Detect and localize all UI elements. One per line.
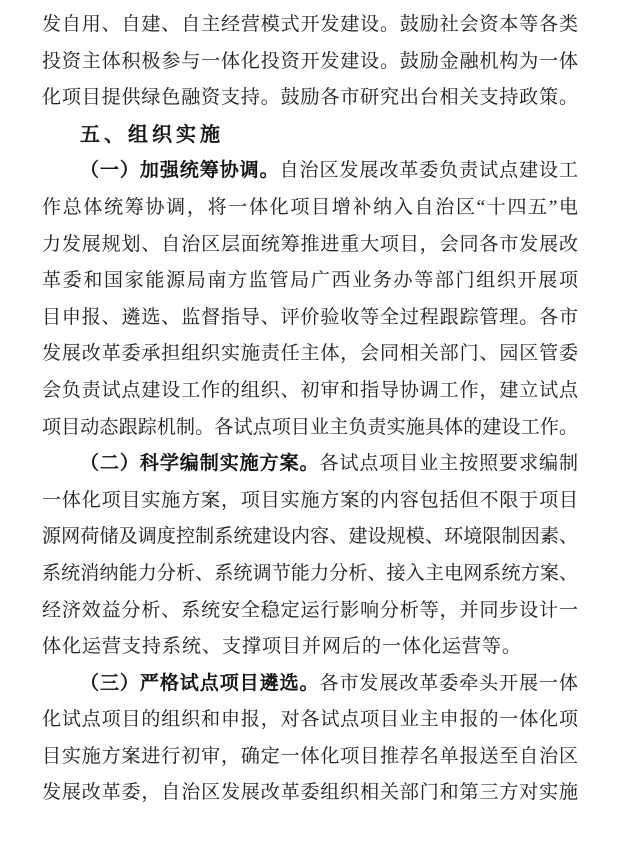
section-heading-text: 五、组织实施: [80, 124, 224, 146]
text-line: （二）科学编制实施方案。各试点项目业主按照要求编制: [42, 446, 578, 483]
paragraph-lead: （三）严格试点项目遴选。: [80, 673, 320, 694]
text-line: 力发展规划、自治区层面统筹推进重大项目，会同各市发展改: [42, 227, 578, 264]
text-line: 投资主体积极参与一体化投资开发建设。鼓励金融机构为一体: [42, 44, 578, 81]
text-line: 会负责试点建设工作的组织、初审和指导协调工作，建立试点: [42, 373, 578, 410]
text-line: 一体化项目实施方案，项目实施方案的内容包括但不限于项目: [42, 483, 578, 520]
text-line: 化项目提供绿色融资支持。鼓励各市研究出台相关支持政策。: [42, 80, 578, 117]
line-text: 化试点项目的组织和申报，对各试点项目业主申报的一体化项: [42, 709, 578, 730]
line-text: 力发展规划、自治区层面统筹推进重大项目，会同各市发展改: [42, 234, 578, 255]
line-text: 系统消纳能力分析、系统调节能力分析、接入主电网系统方案、: [42, 563, 578, 584]
paragraph-lead: （一）加强统筹协调。: [80, 160, 280, 181]
text-line: 目申报、遴选、监督指导、评价验收等全过程跟踪管理。各市: [42, 300, 578, 337]
line-text: 一体化项目实施方案，项目实施方案的内容包括但不限于项目: [42, 490, 578, 511]
text-line: 体化运营支持系统、支撑项目并网后的一体化运营等。: [42, 629, 578, 666]
line-text: 各试点项目业主按照要求编制: [320, 453, 579, 474]
line-text: 投资主体积极参与一体化投资开发建设。鼓励金融机构为一体: [42, 51, 578, 72]
line-text: 经济效益分析、系统安全稳定运行影响分析等，并同步设计一: [42, 600, 578, 621]
line-text: 作总体统筹协调，将一体化项目增补纳入自治区“十四五”电: [42, 197, 578, 218]
text-line: 发展改革委承担组织实施责任主体，会同相关部门、园区管委: [42, 336, 578, 373]
section-heading: 五、组织实施: [42, 117, 578, 154]
line-text: 源网荷储及调度控制系统建设内容、建设规模、环境限制因素、: [42, 526, 578, 547]
text-line: （一）加强统筹协调。自治区发展改革委负责试点建设工: [42, 153, 578, 190]
line-text: 会负责试点建设工作的组织、初审和指导协调工作，建立试点: [42, 380, 578, 401]
line-text: 发自用、自建、自主经营模式开发建设。鼓励社会资本等各类: [42, 14, 578, 35]
line-text: 目实施方案进行初审，确定一体化项目推荐名单报送至自治区: [42, 746, 578, 767]
line-text: 自治区发展改革委负责试点建设工: [280, 160, 578, 181]
line-text: 项目动态跟踪机制。各试点项目业主负责实施具体的建设工作。: [42, 417, 578, 438]
line-text: 发展改革委承担组织实施责任主体，会同相关部门、园区管委: [42, 343, 578, 364]
line-text: 革委和国家能源局南方监管局广西业务办等部门组织开展项: [42, 270, 578, 291]
text-line: （三）严格试点项目遴选。各市发展改革委牵头开展一体: [42, 666, 578, 703]
text-line: 革委和国家能源局南方监管局广西业务办等部门组织开展项: [42, 263, 578, 300]
line-text: 化项目提供绿色融资支持。鼓励各市研究出台相关支持政策。: [42, 87, 578, 108]
text-line: 经济效益分析、系统安全稳定运行影响分析等，并同步设计一: [42, 593, 578, 630]
document-page: 发自用、自建、自主经营模式开发建设。鼓励社会资本等各类 投资主体积极参与一体化投…: [0, 0, 620, 853]
line-text: 体化运营支持系统、支撑项目并网后的一体化运营等。: [42, 636, 522, 657]
text-line: 源网荷储及调度控制系统建设内容、建设规模、环境限制因素、: [42, 519, 578, 556]
line-text: 目申报、遴选、监督指导、评价验收等全过程跟踪管理。各市: [42, 307, 578, 328]
text-line: 作总体统筹协调，将一体化项目增补纳入自治区“十四五”电: [42, 190, 578, 227]
paragraph-lead: （二）科学编制实施方案。: [80, 453, 320, 474]
text-line: 目实施方案进行初审，确定一体化项目推荐名单报送至自治区: [42, 739, 578, 776]
text-line: 发展改革委，自治区发展改革委组织相关部门和第三方对实施: [42, 775, 578, 812]
text-line: 发自用、自建、自主经营模式开发建设。鼓励社会资本等各类: [42, 7, 578, 44]
line-text: 各市发展改革委牵头开展一体: [320, 673, 579, 694]
text-line: 系统消纳能力分析、系统调节能力分析、接入主电网系统方案、: [42, 556, 578, 593]
text-line: 化试点项目的组织和申报，对各试点项目业主申报的一体化项: [42, 702, 578, 739]
line-text: 发展改革委，自治区发展改革委组织相关部门和第三方对实施: [42, 782, 578, 803]
text-line: 项目动态跟踪机制。各试点项目业主负责实施具体的建设工作。: [42, 410, 578, 447]
